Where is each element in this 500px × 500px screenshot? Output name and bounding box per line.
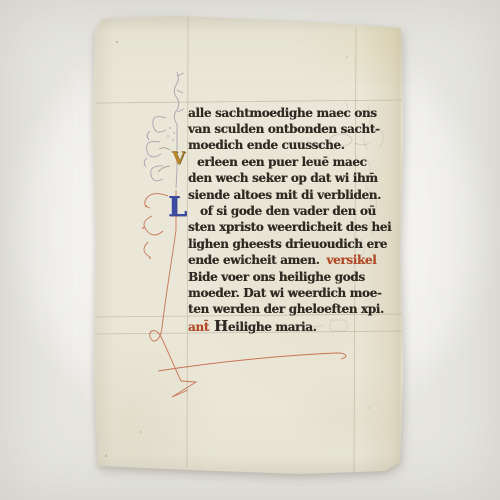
capital-H: H: [214, 317, 228, 335]
text-line-7: of si gode den vader den oū: [200, 204, 376, 218]
line-text: ende ewicheit amen.: [188, 253, 319, 267]
line-text: alle sachtmoedighe maec ons: [188, 106, 377, 120]
rubric-versikel: versikel: [326, 253, 376, 267]
violet-penwork-flourish: [144, 72, 184, 188]
line-text: of si gode den vader den oū: [200, 204, 376, 218]
line-text: sten xpristo weerdicheit des hei: [188, 220, 391, 234]
line-text: Bide voer ons heilighe gods: [188, 270, 365, 284]
photo-backdrop: alle sachtmoedighe maec ons van sculden …: [0, 0, 500, 500]
text-line-4: erleen een puer leuē maec: [197, 155, 367, 169]
text-line-2: van sculden ontbonden sacht-: [188, 122, 380, 136]
text-line-10: ende ewicheit amen.versikel: [188, 253, 376, 267]
text-line-14: ant̄Heilighe maria.: [188, 319, 316, 334]
line-text: den wech seker op dat wi ihm̄: [188, 171, 378, 185]
line-text: ten werden der gheloeften xpi.: [188, 302, 384, 316]
line-text: van sculden ontbonden sacht-: [188, 122, 380, 136]
violet-penwork-dots: [167, 127, 175, 141]
line-text: eilighe maria.: [228, 320, 317, 334]
text-line-5: den wech seker op dat wi ihm̄: [188, 171, 378, 185]
line-text: moedich ende cuussche.: [188, 138, 344, 152]
text-line-12: moeder. Dat wi weerdich moe-: [188, 286, 382, 300]
line-text: moeder. Dat wi weerdich moe-: [188, 286, 382, 300]
rubric-antiphon: ant̄: [188, 320, 209, 334]
manuscript-leaf-wrap: alle sachtmoedighe maec ons van sculden …: [0, 0, 500, 500]
gold-initial-V: V: [172, 151, 185, 168]
gold-initial-pen-sprays: [158, 148, 170, 172]
line-text: lighen gheests drieuoudich ere: [188, 237, 387, 251]
text-line-8: sten xpristo weerdicheit des hei: [188, 220, 391, 234]
text-line-9: lighen gheests drieuoudich ere: [188, 237, 387, 251]
text-line-11: Bide voer ons heilighe gods: [188, 270, 365, 284]
blue-initial-L: L: [168, 194, 187, 221]
text-line-3: moedich ende cuussche.: [188, 138, 344, 152]
red-penwork-dots: [142, 205, 151, 259]
text-line-1: alle sachtmoedighe maec ons: [188, 106, 377, 120]
line-text: siende altoes mit di verbliden.: [188, 188, 381, 202]
text-line-6: siende altoes mit di verbliden.: [188, 188, 381, 202]
line-text: erleen een puer leuē maec: [197, 155, 367, 169]
manuscript-leaf: alle sachtmoedighe maec ons van sculden …: [0, 0, 500, 500]
text-line-13: ten werden der gheloeften xpi.: [188, 302, 384, 316]
